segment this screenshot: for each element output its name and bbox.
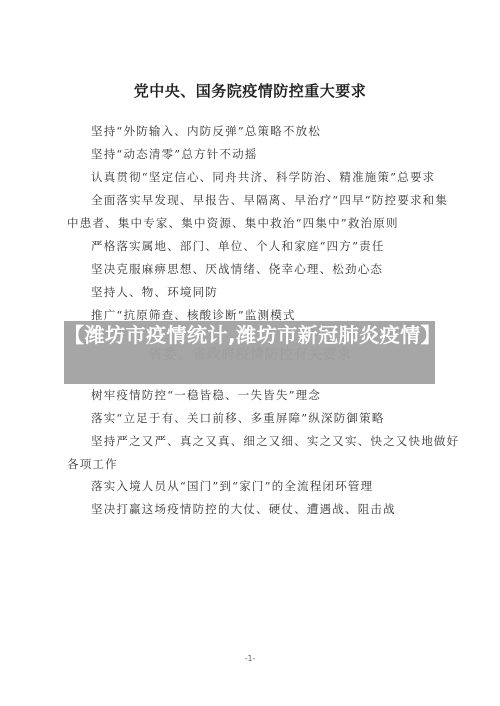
section1-title: 党中央、国务院疫情防控重大要求 [0,80,500,101]
section1-line: 全面落实早发现、早报告、早隔离、早治疗“四早”防控要求和集 [91,193,448,207]
section2-line: 各项工作 [67,457,118,471]
section2-line: 坚持严之又严、真之又真、细之又细、实之又实、快之又快地做好 [91,434,459,448]
section2-line: 树牢疫情防控“一稳皆稳、一失皆失”理念 [91,388,321,402]
section1-line: 推广“抗原筛查、核酸诊断”监测模式 [91,308,296,322]
section1-line: 坚持人、物、环境同防 [91,285,218,299]
page-number: -1- [0,654,500,663]
section1-line: 认真贯彻“坚定信心、同舟共济、科学防治、精准施策”总要求 [91,170,435,184]
section2-line: 落实“立足于有、关口前移、多重屏障”纵深防御策略 [91,411,385,425]
section2-line: 落实入境人员从“国门”到“家门”的全流程闭环管理 [91,479,373,493]
section2-line: 坚决打赢这场疫情防控的大仗、硬仗、遭遇战、阻击战 [91,502,396,516]
section1-line: 坚决克服麻痹思想、厌战情绪、侥幸心理、松劲心态 [91,262,383,276]
section1-line: 中患者、集中专家、集中资源、集中救治“四集中”救治原则 [67,216,399,230]
banner-title: 【潍坊市疫情统计,潍坊市新冠肺炎疫情】 [64,323,435,347]
section1-line: 坚持“动态清零”总方针不动摇 [91,147,258,161]
section1-line: 严格落实属地、部门、单位、个人和家庭“四方”责任 [91,239,385,253]
section1-line: 坚持“外防输入、内防反弹”总策略不放松 [91,124,321,138]
